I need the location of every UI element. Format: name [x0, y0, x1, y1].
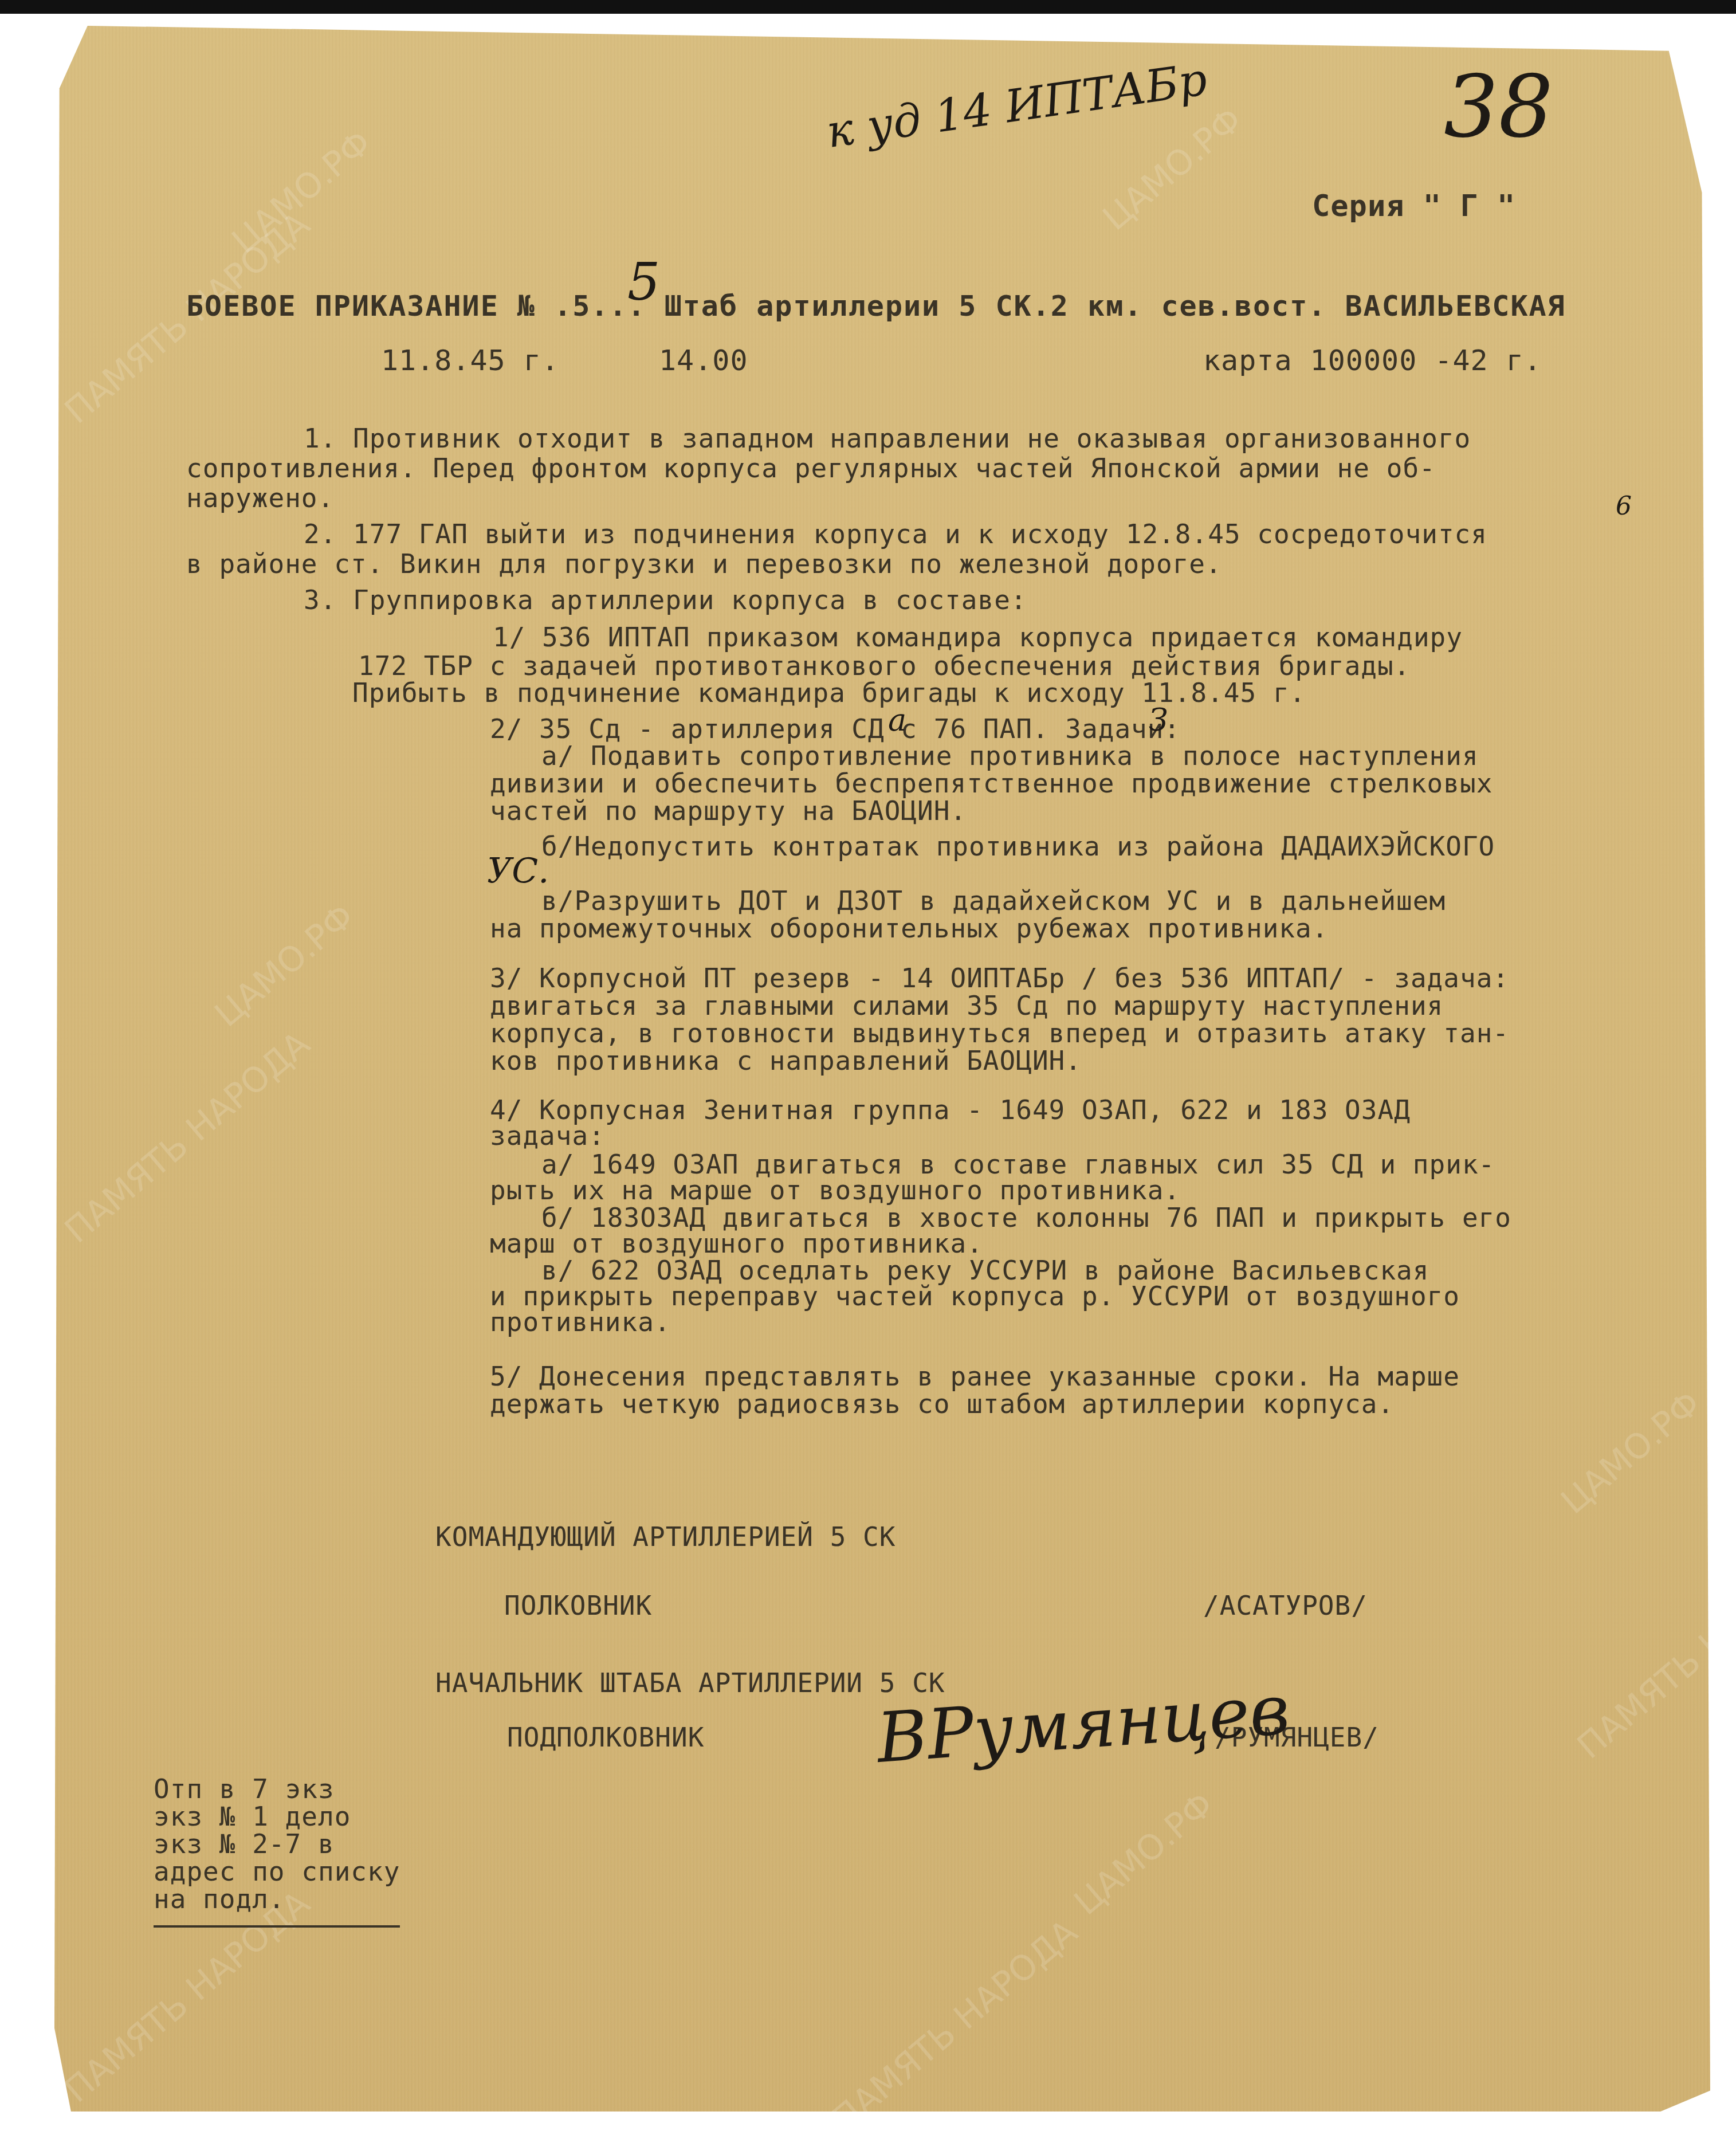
commander-title: КОМАНДУЮЩИЙ АРТИЛЛЕРИЕЙ 5 СК — [435, 1521, 896, 1552]
order-date: 11.8.45 г. — [381, 344, 559, 377]
paragraph-line: в/Разрушить ДОТ и ДЗОТ в дадайхейском УС… — [541, 885, 1446, 916]
paragraph-line: 4/ Корпусная Зенитная группа - 1649 ОЗАП… — [490, 1094, 1411, 1125]
handwritten-mark: 6 — [1616, 492, 1632, 521]
distribution-line: экз № 2-7 в — [154, 1828, 335, 1859]
paragraph-line: 5/ Донесения представлять в ранее указан… — [490, 1361, 1460, 1392]
paragraph-line: а/ Подавить сопротивление противника в п… — [541, 740, 1479, 771]
distribution-line: адрес по списку — [154, 1856, 400, 1887]
paragraph-line: дивизии и обеспечить беспрепятственное п… — [490, 768, 1493, 799]
paragraph-line: ков противника с направлений БАОЦИН. — [490, 1045, 1082, 1076]
paragraph-line: держать четкую радиосвязь со штабом арти… — [490, 1388, 1394, 1419]
paragraph-line: наружено. — [186, 482, 334, 513]
top-border — [0, 0, 1736, 14]
order-time: 14.00 — [659, 344, 748, 377]
divider — [154, 1925, 400, 1928]
paragraph-line: корпуса, в готовности выдвинуться вперед… — [490, 1018, 1509, 1049]
page-number: 38 — [1444, 57, 1553, 157]
chief-title: НАЧАЛЬНИК ШТАБА АРТИЛЛЕРИИ 5 СК — [435, 1667, 945, 1698]
paragraph-line: марш от воздушного противника. — [490, 1228, 983, 1259]
commander-name: /АСАТУРОВ/ — [1203, 1590, 1368, 1621]
paragraph-line: 2/ 35 Сд - артиллерия СД с 76 ПАП. Задач… — [490, 713, 1180, 744]
series-label: Серия " Г " — [1312, 189, 1515, 223]
handwritten-mark: З — [1149, 702, 1168, 738]
paragraph-line: в районе ст. Викин для погрузки и перево… — [186, 548, 1222, 579]
paragraph-line: 3/ Корпусной ПТ резерв - 14 ОИПТАБр / бе… — [490, 963, 1509, 994]
paragraph-line: двигаться за главными силами 35 Сд по ма… — [490, 990, 1443, 1021]
handwritten-mark: а — [888, 702, 906, 738]
paragraph-line: противника. — [490, 1306, 671, 1337]
paragraph-line: 1/ 536 ИПТАП приказом командира корпуса … — [493, 622, 1463, 653]
paragraph-line: сопротивления. Перед фронтом корпуса рег… — [186, 453, 1436, 484]
paragraph-line: 3. Группировка артиллерии корпуса в сост… — [304, 584, 1027, 615]
paragraph-line: рыть их на марше от воздушного противник… — [490, 1175, 1180, 1206]
paragraph-line: 2. 177 ГАП выйти из подчинения корпуса и… — [304, 519, 1487, 550]
map-reference: карта 100000 -42 г. — [1203, 344, 1542, 377]
paragraph-line: 172 ТБР с задачей противотанкового обесп… — [358, 650, 1410, 681]
order-title: БОЕВОЕ ПРИКАЗАНИЕ № .5... Штаб артиллери… — [186, 289, 1566, 323]
handwritten-mark: УС. — [487, 851, 549, 891]
paragraph-line: б/Недопустить контратак противника из ра… — [541, 831, 1495, 862]
distribution-line: экз № 1 дело — [154, 1801, 351, 1832]
paragraph-line: 1. Противник отходит в западном направле… — [304, 423, 1471, 454]
distribution-line: Отп в 7 экз — [154, 1773, 335, 1804]
handwritten-order-number: 5 — [627, 252, 660, 312]
paragraph-line: задача: — [490, 1120, 605, 1151]
distribution-line: на подл. — [154, 1883, 285, 1914]
paragraph-line: на промежуточных оборонительных рубежах … — [490, 913, 1328, 944]
paragraph-line: частей по маршруту на БАОЦИН. — [490, 795, 967, 826]
chief-rank: ПОДПОЛКОВНИК — [507, 1722, 704, 1753]
commander-rank: ПОЛКОВНИК — [504, 1590, 652, 1621]
